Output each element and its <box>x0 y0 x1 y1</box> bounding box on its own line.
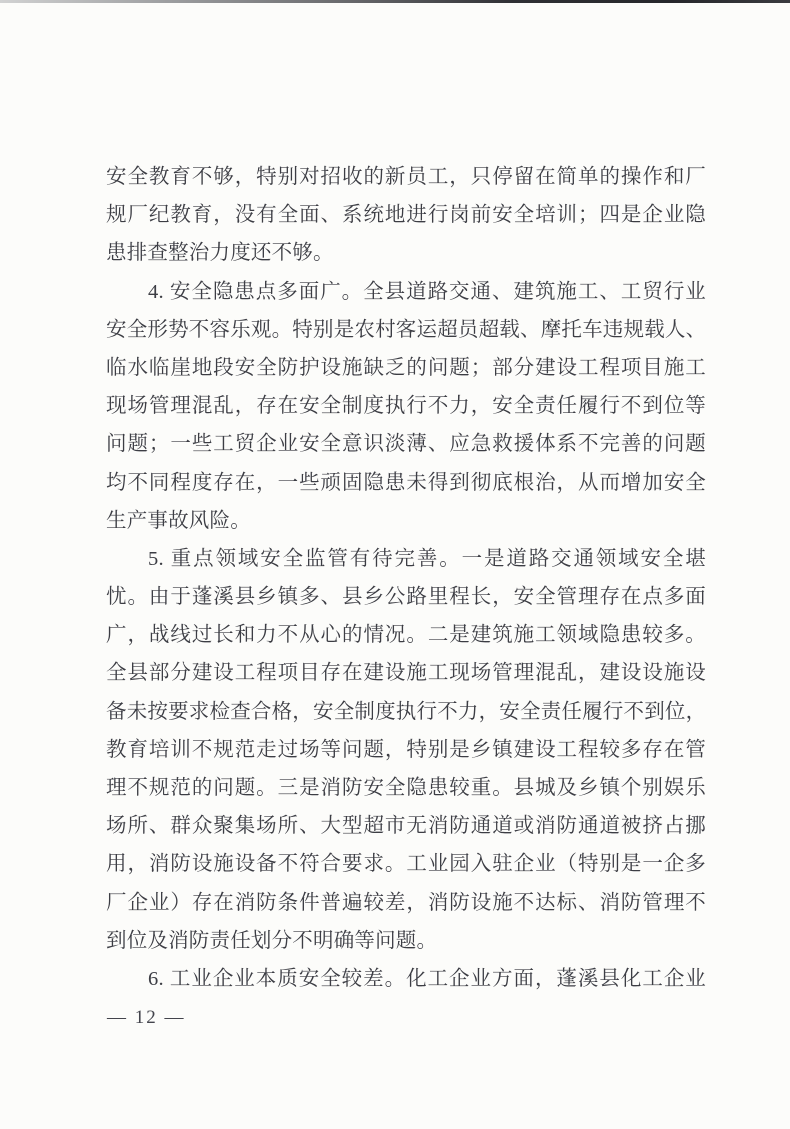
text-line: 安全形势不容乐观。特别是农村客运超员超载、摩托车违规载人、 <box>106 311 706 349</box>
text-line: 广，战线过长和力不从心的情况。二是建筑施工领域隐患较多。 <box>106 616 706 654</box>
text-line: 5. 重点领域安全监管有待完善。一是道路交通领域安全堪 <box>106 540 706 578</box>
paragraph: 6. 工业企业本质安全较差。化工企业方面，蓬溪县化工企业 <box>106 960 706 998</box>
text-line: 安全教育不够，特别对招收的新员工，只停留在简单的操作和厂 <box>106 158 706 196</box>
text-line: 用，消防设施设备不符合要求。工业园入驻企业（特别是一企多 <box>106 845 706 883</box>
paragraph: 4. 安全隐患点多面广。全县道路交通、建筑施工、工贸行业 安全形势不容乐观。特别… <box>106 273 706 540</box>
page-number: — 12 — <box>107 1005 186 1031</box>
text-line: 生产事故风险。 <box>106 502 706 540</box>
text-line: 均不同程度存在，一些顽固隐患未得到彻底根治，从而增加安全 <box>106 464 706 502</box>
text-line: 规厂纪教育，没有全面、系统地进行岗前安全培训；四是企业隐 <box>106 196 706 234</box>
text-line: 4. 安全隐患点多面广。全县道路交通、建筑施工、工贸行业 <box>106 273 706 311</box>
text-line: 厂企业）存在消防条件普遍较差，消防设施不达标、消防管理不 <box>106 884 706 922</box>
text-line: 教育培训不规范走过场等问题，特别是乡镇建设工程较多存在管 <box>106 731 706 769</box>
text-line: 场所、群众聚集场所、大型超市无消防通道或消防通道被挤占挪 <box>106 807 706 845</box>
text-line: 忧。由于蓬溪县乡镇多、县乡公路里程长，安全管理存在点多面 <box>106 578 706 616</box>
paragraph: 5. 重点领域安全监管有待完善。一是道路交通领域安全堪 忧。由于蓬溪县乡镇多、县… <box>106 540 706 960</box>
text-line: 问题；一些工贸企业安全意识淡薄、应急救援体系不完善的问题 <box>106 425 706 463</box>
text-line: 理不规范的问题。三是消防安全隐患较重。县城及乡镇个别娱乐 <box>106 769 706 807</box>
text-line: 6. 工业企业本质安全较差。化工企业方面，蓬溪县化工企业 <box>106 960 706 998</box>
document-body: 安全教育不够，特别对招收的新员工，只停留在简单的操作和厂 规厂纪教育，没有全面、… <box>106 158 706 998</box>
paragraph: 安全教育不够，特别对招收的新员工，只停留在简单的操作和厂 规厂纪教育，没有全面、… <box>106 158 706 273</box>
text-line: 到位及消防责任划分不明确等问题。 <box>106 922 706 960</box>
text-line: 备未按要求检查合格，安全制度执行不力，安全责任履行不到位， <box>106 693 706 731</box>
scan-edge-artifact <box>0 0 790 3</box>
text-line: 现场管理混乱，存在安全制度执行不力，安全责任履行不到位等 <box>106 387 706 425</box>
text-line: 患排查整治力度还不够。 <box>106 234 706 272</box>
text-line: 临水临崖地段安全防护设施缺乏的问题；部分建设工程项目施工 <box>106 349 706 387</box>
text-line: 全县部分建设工程项目存在建设施工现场管理混乱，建设设施设 <box>106 654 706 692</box>
